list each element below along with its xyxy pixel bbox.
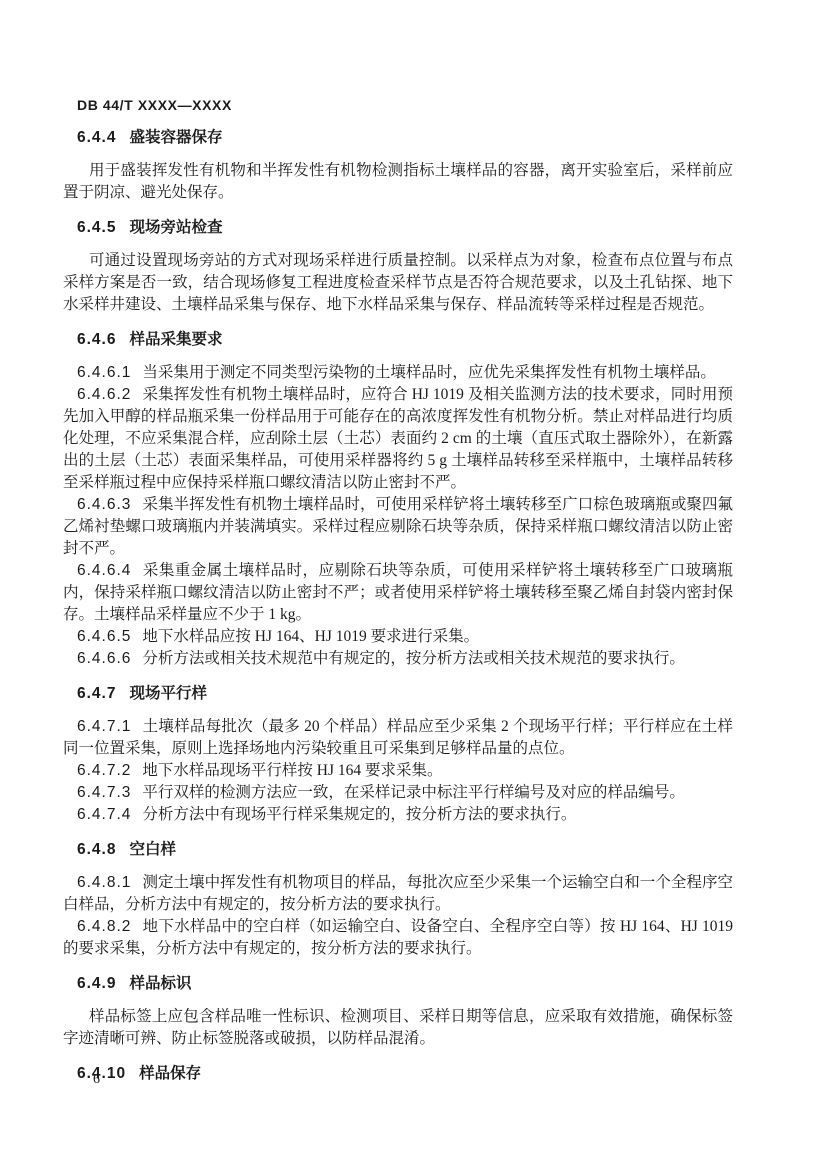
clause: 6.4.8.1测定土壤中挥发性有机物项目的样品，每批次应至少采集一个运输空白和一…	[63, 872, 733, 916]
paragraph: 用于盛装挥发性有机物和半挥发性有机物检测指标土壤样品的容器，离开实验室后，采样前…	[63, 160, 733, 204]
clause-text: 土壤样品每批次（最多 20 个样品）样品应至少采集 2 个现场平行样；平行样应在…	[63, 718, 733, 757]
heading-number: 6.4.9	[77, 975, 116, 992]
clause: 6.4.6.4采集重金属土壤样品时，应剔除石块等杂质，可使用采样铲将土壤转移至广…	[63, 560, 733, 626]
heading-title: 盛装容器保存	[129, 129, 222, 146]
clause-text: 当采集用于测定不同类型污染物的土壤样品时，应优先采集挥发性有机物土壤样品。	[142, 364, 716, 381]
heading-title: 样品采集要求	[129, 331, 222, 348]
section-6-4-6: 6.4.6样品采集要求 6.4.6.1当采集用于测定不同类型污染物的土壤样品时，…	[63, 329, 733, 670]
clause-number: 6.4.7.3	[77, 784, 131, 801]
clause-text: 地下水样品应按 HJ 164、HJ 1019 要求进行采集。	[142, 628, 479, 645]
section-heading: 6.4.4盛装容器保存	[63, 127, 733, 149]
clause-number: 6.4.6.4	[77, 562, 131, 579]
clause-number: 6.4.7.4	[77, 806, 131, 823]
document-page: DB 44/T XXXX—XXXX 6.4.4盛装容器保存 用于盛装挥发性有机物…	[0, 0, 826, 1169]
section-heading: 6.4.6样品采集要求	[63, 329, 733, 351]
clause: 6.4.6.5地下水样品应按 HJ 164、HJ 1019 要求进行采集。	[63, 626, 733, 648]
heading-title: 现场旁站检查	[129, 219, 222, 236]
section-heading: 6.4.10样品保存	[63, 1063, 733, 1085]
clause: 6.4.7.1土壤样品每批次（最多 20 个样品）样品应至少采集 2 个现场平行…	[63, 716, 733, 760]
section-6-4-9: 6.4.9样品标识 样品标签上应包含样品唯一性标识、检测项目、采样日期等信息，应…	[63, 973, 733, 1050]
section-6-4-7: 6.4.7现场平行样 6.4.7.1土壤样品每批次（最多 20 个样品）样品应至…	[63, 683, 733, 826]
clause: 6.4.7.4分析方法中有现场平行样采集规定的，按分析方法的要求执行。	[63, 804, 733, 826]
clause-text: 采集挥发性有机物土壤样品时，应符合 HJ 1019 及相关监测方法的技术要求，同…	[63, 386, 733, 491]
clause: 6.4.8.2地下水样品中的空白样（如运输空白、设备空白、全程序空白等）按 HJ…	[63, 916, 733, 960]
clause-text: 测定土壤中挥发性有机物项目的样品，每批次应至少采集一个运输空白和一个全程序空白样…	[63, 874, 733, 913]
clause-number: 6.4.6.6	[77, 650, 131, 667]
clause: 6.4.6.6分析方法或相关技术规范中有规定的，按分析方法或相关技术规范的要求执…	[63, 648, 733, 670]
heading-title: 样品保存	[139, 1065, 201, 1082]
paragraph: 样品标签上应包含样品唯一性标识、检测项目、采样日期等信息，应采取有效措施，确保标…	[63, 1006, 733, 1050]
section-6-4-5: 6.4.5现场旁站检查 可通过设置现场旁站的方式对现场采样进行质量控制。以采样点…	[63, 217, 733, 316]
heading-number: 6.4.8	[77, 841, 116, 858]
clause-number: 6.4.6.1	[77, 364, 131, 381]
clause: 6.4.6.3采集半挥发性有机物土壤样品时，可使用采样铲将土壤转移至广口棕色玻璃…	[63, 494, 733, 560]
section-6-4-4: 6.4.4盛装容器保存 用于盛装挥发性有机物和半挥发性有机物检测指标土壤样品的容…	[63, 127, 733, 204]
clause-text: 采集半挥发性有机物土壤样品时，可使用采样铲将土壤转移至广口棕色玻璃瓶或聚四氟乙烯…	[63, 496, 733, 557]
heading-number: 6.4.7	[77, 685, 116, 702]
clause-text: 地下水样品现场平行样按 HJ 164 要求采集。	[142, 762, 442, 779]
paragraph: 可通过设置现场旁站的方式对现场采样进行质量控制。以采样点为对象，检查布点位置与布…	[63, 250, 733, 316]
clause-number: 6.4.7.2	[77, 762, 131, 779]
heading-title: 现场平行样	[129, 685, 207, 702]
clause-number: 6.4.6.5	[77, 628, 131, 645]
clause: 6.4.7.2地下水样品现场平行样按 HJ 164 要求采集。	[63, 760, 733, 782]
clause: 6.4.6.2采集挥发性有机物土壤样品时，应符合 HJ 1019 及相关监测方法…	[63, 384, 733, 494]
section-heading: 6.4.7现场平行样	[63, 683, 733, 705]
clause-text: 分析方法中有现场平行样采集规定的，按分析方法的要求执行。	[142, 806, 576, 823]
clause: 6.4.7.3平行双样的检测方法应一致，在采样记录中标注平行样编号及对应的样品编…	[63, 782, 733, 804]
heading-title: 空白样	[129, 841, 176, 858]
heading-title: 样品标识	[129, 975, 191, 992]
heading-number: 6.4.5	[77, 219, 116, 236]
heading-number: 6.4.6	[77, 331, 116, 348]
clause-text: 地下水样品中的空白样（如运输空白、设备空白、全程序空白等）按 HJ 164、HJ…	[63, 918, 733, 957]
clause-number: 6.4.6.2	[77, 386, 131, 403]
section-heading: 6.4.5现场旁站检查	[63, 217, 733, 239]
section-6-4-8: 6.4.8空白样 6.4.8.1测定土壤中挥发性有机物项目的样品，每批次应至少采…	[63, 839, 733, 960]
clause-text: 分析方法或相关技术规范中有规定的，按分析方法或相关技术规范的要求执行。	[142, 650, 685, 667]
clause-number: 6.4.6.3	[77, 496, 131, 513]
clause-number: 6.4.7.1	[77, 718, 131, 735]
section-heading: 6.4.9样品标识	[63, 973, 733, 995]
section-6-4-10: 6.4.10样品保存	[63, 1063, 733, 1085]
heading-number: 6.4.10	[77, 1065, 126, 1082]
clause-number: 6.4.8.2	[77, 918, 131, 935]
page-number: 6	[93, 1071, 100, 1089]
document-number-header: DB 44/T XXXX—XXXX	[63, 96, 733, 114]
section-heading: 6.4.8空白样	[63, 839, 733, 861]
heading-number: 6.4.4	[77, 129, 116, 146]
clause: 6.4.6.1当采集用于测定不同类型污染物的土壤样品时，应优先采集挥发性有机物土…	[63, 362, 733, 384]
clause-number: 6.4.8.1	[77, 874, 131, 891]
document-content: DB 44/T XXXX—XXXX 6.4.4盛装容器保存 用于盛装挥发性有机物…	[63, 96, 733, 1096]
clause-text: 平行双样的检测方法应一致，在采样记录中标注平行样编号及对应的样品编号。	[142, 784, 685, 801]
clause-text: 采集重金属土壤样品时，应剔除石块等杂质，可使用采样铲将土壤转移至广口玻璃瓶内，保…	[63, 562, 733, 623]
